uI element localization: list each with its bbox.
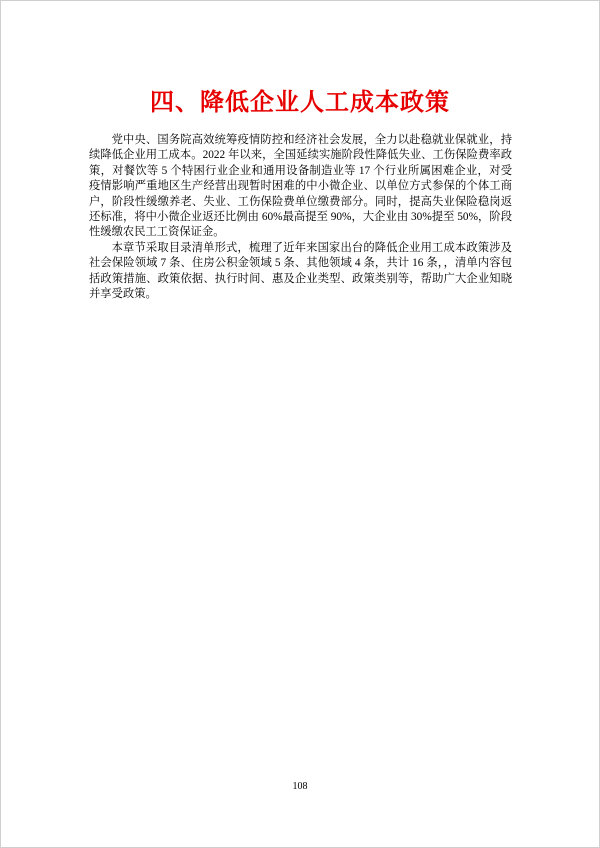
document-page: 四、降低企业人工成本政策 党中央、国务院高效统筹疫情防控和经济社会发展，全力以赴…	[0, 0, 600, 848]
chapter-title: 四、降低企业人工成本政策	[1, 1, 599, 119]
body-paragraph: 本章节采取目录清单形式，梳理了近年来国家出台的降低企业用工成本政策涉及社会保险领…	[89, 241, 512, 303]
body-content: 党中央、国务院高效统筹疫情防控和经济社会发展，全力以赴稳就业保就业，持续降低企业…	[89, 133, 512, 302]
page-number: 108	[1, 781, 599, 792]
body-paragraph: 党中央、国务院高效统筹疫情防控和经济社会发展，全力以赴稳就业保就业，持续降低企业…	[89, 133, 512, 241]
